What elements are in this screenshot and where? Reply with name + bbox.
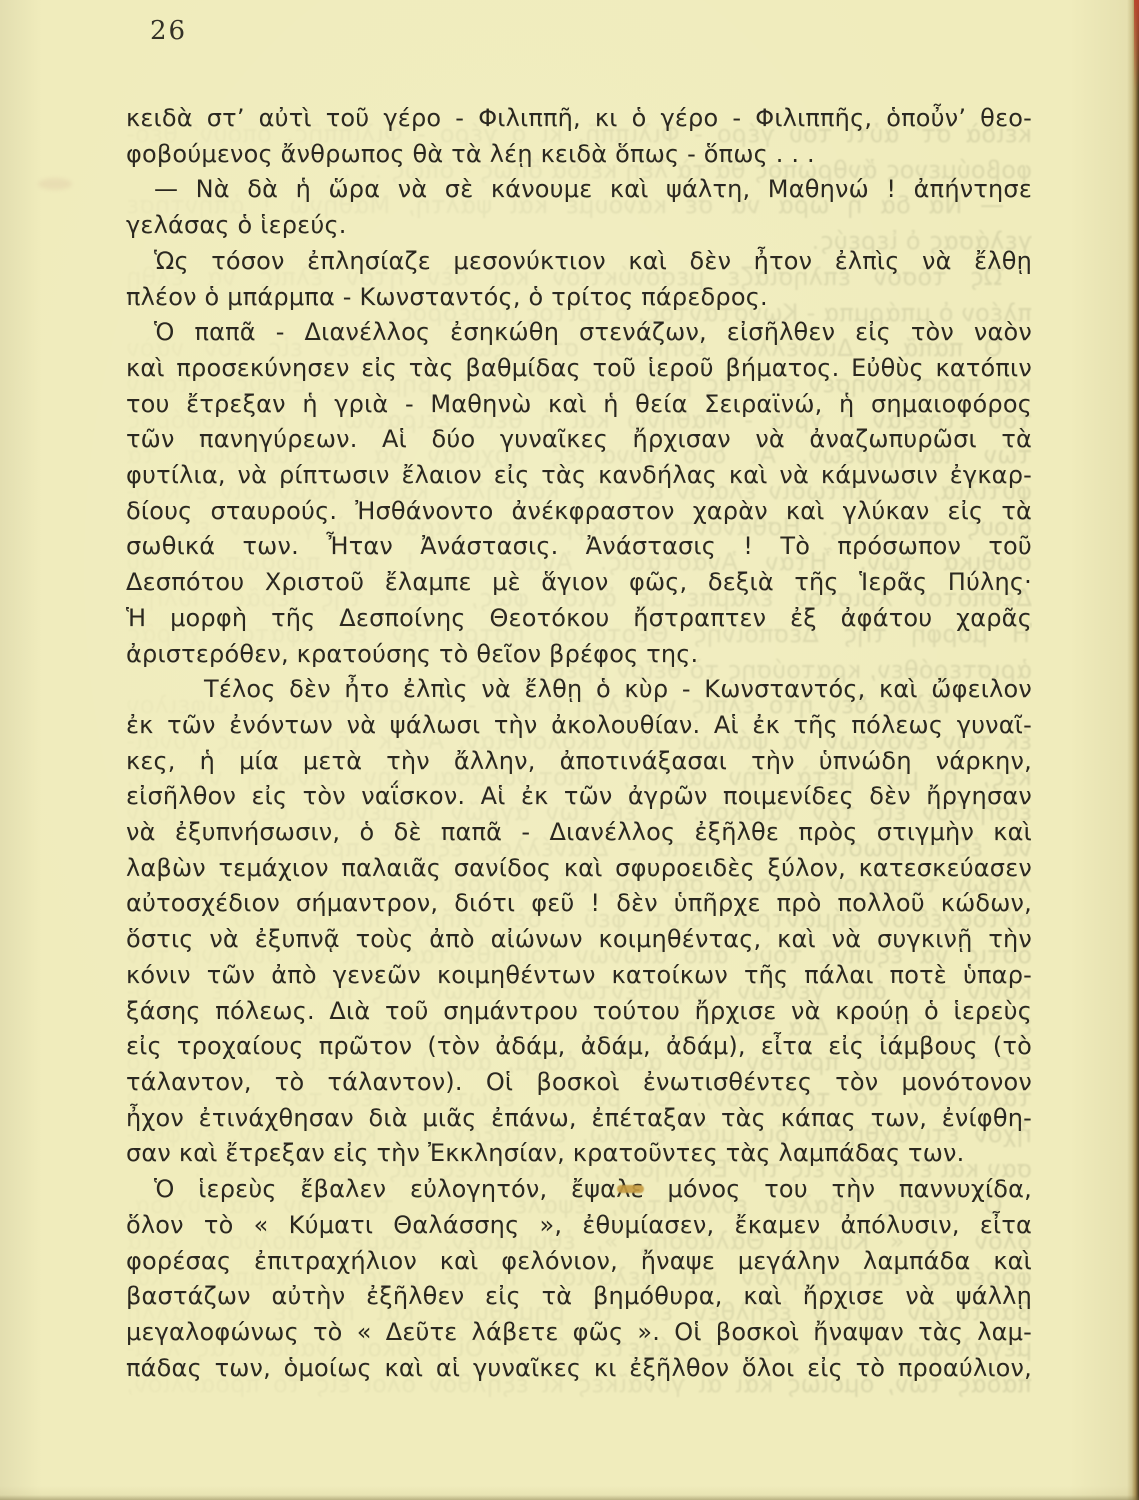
text-line: φυτίλια, νὰ ρίπτωσιν ἔλαιον εἰς τὰς κανδ…: [126, 458, 1032, 494]
text-line: κες, ἡ μία μετὰ τὴν ἄλλην, ἀποτινάξασαι …: [126, 744, 1032, 780]
paper-smudge: [38, 178, 72, 190]
text-line: Δεσπότου Χριστοῦ ἔλαμπε μὲ ἅγιον φῶς, δε…: [126, 565, 1032, 601]
page-right-edge: [1127, 0, 1139, 1500]
text-line: — Νὰ δὰ ἡ ὥρα νὰ σὲ κάνουμε καὶ ψάλτη, Μ…: [126, 172, 1032, 208]
text-line: τάλαντον, τὸ τάλαντον). Οἱ βοσκοὶ ἐνωτισ…: [126, 1065, 1032, 1101]
text-line: τῶν πανηγύρεων. Αἱ δύο γυναῖκες ἤρχισαν …: [126, 422, 1032, 458]
text-line: ξάσης πόλεως. Διὰ τοῦ σημάντρου τούτου ἤ…: [126, 994, 1032, 1030]
page-number: 26: [150, 16, 187, 46]
text-line: γελάσας ὁ ἱερεύς.: [126, 208, 1032, 244]
ink-stain: [617, 1185, 644, 1193]
page-edge-red-tint: [1134, 0, 1139, 92]
text-line: Τέλος δὲν ἦτο ἐλπὶς νὰ ἔλθῃ ὁ κὺρ - Κωνσ…: [126, 672, 1032, 708]
text-line: Ὁ ἱερεὺς ἔβαλεν εὐλογητόν, ἔψαλε μόνος τ…: [126, 1172, 1032, 1208]
book-page: κειδὰ στ’ αὐτὶ τοῦ γέρο - Φιλιππῆ, κι ὁ …: [0, 0, 1139, 1500]
text-line: φοβούμενος ἄνθρωπος θὰ τὰ λέῃ κειδὰ ὅπως…: [126, 137, 1032, 173]
text-line: ὅλον τὸ « Κύματι Θαλάσσης », ἐθυμίασεν, …: [126, 1208, 1032, 1244]
text-line: βαστάζων αὐτὴν ἐξῆλθεν εἰς τὰ βημόθυρα, …: [126, 1279, 1032, 1315]
text-line: κόνιν τῶν ἀπὸ γενεῶν κοιμηθέντων κατοίκω…: [126, 958, 1032, 994]
text-line: πλέον ὁ μπάρμπα - Κωνσταντός, ὁ τρίτος π…: [126, 280, 1032, 316]
text-line: αὐτοσχέδιον σήμαντρον, διότι φεῦ ! δὲν ὑ…: [126, 886, 1032, 922]
text-line: φορέσας ἐπιτραχήλιον καὶ φελόνιον, ἤναψε…: [126, 1244, 1032, 1280]
text-line: καὶ προσεκύνησεν εἰς τὰς βαθμίδας τοῦ ἱε…: [126, 351, 1032, 387]
text-line: σωθικά των. Ἦταν Ἀνάστασις. Ἀνάστασις ! …: [126, 529, 1032, 565]
text-line: Ἡ μορφὴ τῆς Δεσποίνης Θεοτόκου ἤστραπτεν…: [126, 601, 1032, 637]
text-line: κειδὰ στ’ αὐτὶ τοῦ γέρο - Φιλιππῆ, κι ὁ …: [126, 101, 1032, 137]
text-line: λαβὼν τεμάχιον παλαιᾶς σανίδος καὶ σφυρο…: [126, 851, 1032, 887]
text-line: Ὁ παπᾶ - Διανέλλος ἐσηκώθη στενάζων, εἰσ…: [126, 315, 1032, 351]
text-line: του ἔτρεξαν ἡ γριὰ - Μαθηνὼ καὶ ἡ θεία Σ…: [126, 387, 1032, 423]
text-line: πάδας των, ὁμοίως καὶ αἱ γυναῖκες κι ἐξῆ…: [126, 1351, 1032, 1387]
text-line: ἀριστερόθεν, κρατούσης τὸ θεῖον βρέφος τ…: [126, 637, 1032, 673]
text-line: δίους σταυρούς. Ἠσθάνοντο ἀνέκφραστον χα…: [126, 494, 1032, 530]
text-line: σαν καὶ ἔτρεξαν εἰς τὴν Ἐκκλησίαν, κρατο…: [126, 1136, 1032, 1172]
text-line: εἰσῆλθον εἰς τὸν ναΐσκον. Αἱ ἐκ τῶν ἀγρῶ…: [126, 779, 1032, 815]
text-line: νὰ ἐξυπνήσωσιν, ὁ δὲ παπᾶ - Διανέλλος ἐξ…: [126, 815, 1032, 851]
text-line: ἐκ τῶν ἐνόντων νὰ ψάλωσι τὴν ἀκολουθίαν.…: [126, 708, 1032, 744]
text-block: κειδὰ στ’ αὐτὶ τοῦ γέρο - Φιλιππῆ, κι ὁ …: [126, 101, 1032, 1386]
page-bottom-edge: [0, 1495, 1139, 1500]
text-line: ὅστις νὰ ἐξυπνᾷ τοὺς ἀπὸ αἰώνων κοιμηθέν…: [126, 922, 1032, 958]
text-line: Ὡς τόσον ἐπλησίαζε μεσονύκτιον καὶ δὲν ἦ…: [126, 244, 1032, 280]
text-line: εἰς τροχαίους πρῶτον (τὸν ἀδάμ, ἀδάμ, ἀδ…: [126, 1029, 1032, 1065]
text-line: μεγαλοφώνως τὸ « Δεῦτε λάβετε φῶς ». Οἱ …: [126, 1315, 1032, 1351]
text-line: ἦχον ἐτινάχθησαν διὰ μιᾶς ἐπάνω, ἐπέταξα…: [126, 1101, 1032, 1137]
